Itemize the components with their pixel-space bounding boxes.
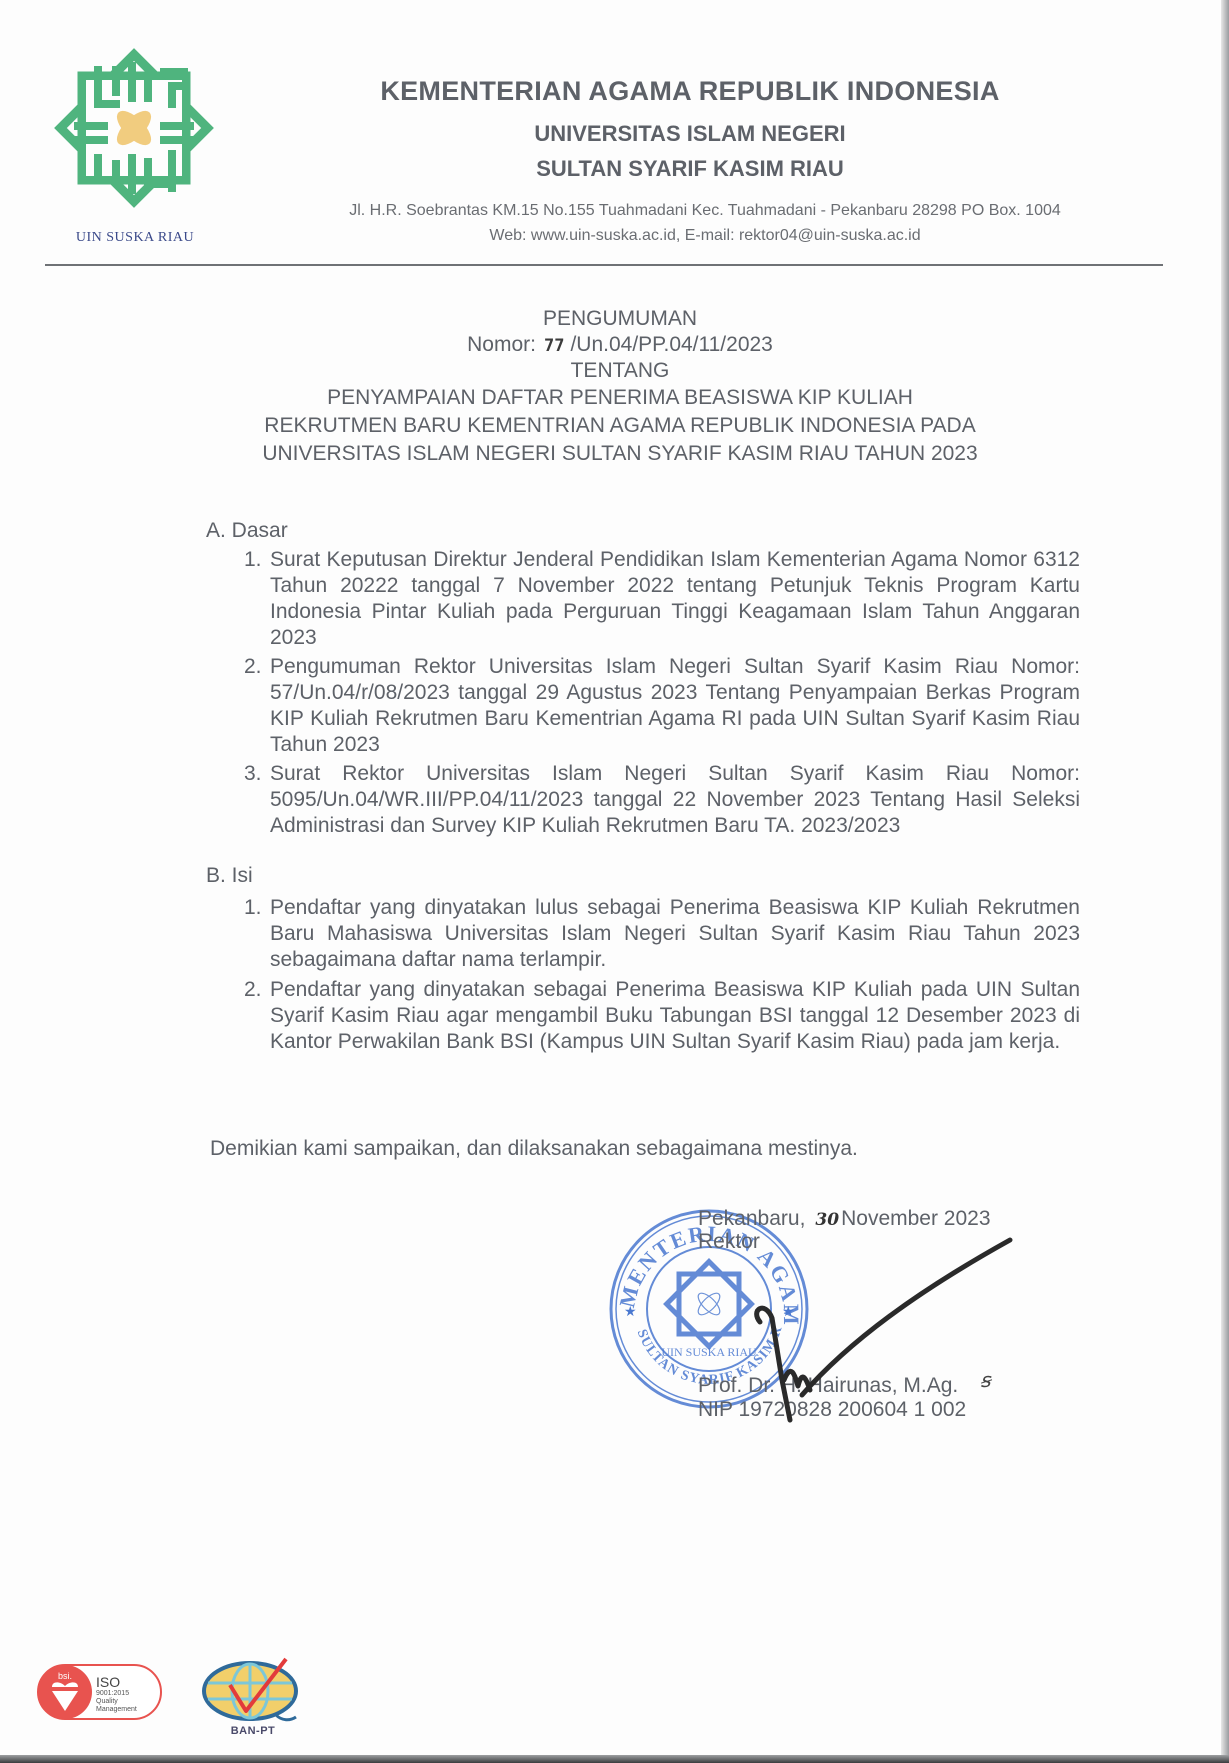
document-number: Nomor:77/Un.04/PP.04/11/2023 (180, 333, 1060, 357)
handwritten-number: 77 (544, 336, 564, 356)
uin-suska-logo-icon (44, 38, 224, 218)
document-page: UIN SUSKA RIAU KEMENTERIAN AGAMA REPUBLI… (0, 0, 1229, 1763)
university-title: UNIVERSITAS ISLAM NEGERI (260, 121, 1120, 147)
ban-pt-logo-icon (200, 1655, 306, 1735)
contact-line: Web: www.uin-suska.ac.id, E-mail: rektor… (260, 227, 1150, 245)
subject-line: REKRUTMEN BARU KEMENTRIAN AGAMA REPUBLIK… (180, 414, 1060, 438)
document-type: PENGUMUMAN (180, 307, 1060, 331)
list-item: 1. Surat Keputusan Direktur Jenderal Pen… (244, 547, 1080, 651)
letterhead-divider (45, 264, 1163, 266)
ministry-title: KEMENTERIAN AGAMA REPUBLIK INDONESIA (260, 76, 1120, 107)
section-a-label: A. Dasar (206, 519, 288, 543)
handwritten-signature-icon (740, 1230, 1020, 1430)
item-number: 1. (244, 895, 262, 921)
list-item: 2. Pendaftar yang dinyatakan sebagai Pen… (244, 977, 1080, 1055)
subject-line: PENYAMPAIAN DAFTAR PENERIMA BEASISWA KIP… (180, 386, 1060, 410)
iso-line: Quality (96, 1698, 137, 1706)
item-number: 1. (244, 547, 262, 573)
svg-text:bsi.: bsi. (58, 1671, 72, 1681)
about-label: TENTANG (180, 359, 1060, 383)
subject-line: UNIVERSITAS ISLAM NEGERI SULTAN SYARIF K… (180, 442, 1060, 466)
item-text: Pendaftar yang dinyatakan sebagai Peneri… (270, 977, 1080, 1055)
section-b-label: B. Isi (206, 864, 253, 888)
iso-title: ISO (96, 1675, 137, 1690)
logo-caption: UIN SUSKA RIAU (40, 230, 230, 246)
item-number: 2. (244, 654, 262, 680)
handwritten-day: 30 (815, 1210, 839, 1230)
item-text: Surat Keputusan Direktur Jenderal Pendid… (270, 547, 1080, 651)
list-item: 2. Pengumuman Rektor Universitas Islam N… (244, 654, 1080, 758)
closing-statement: Demikian kami sampaikan, dan dilaksanaka… (210, 1137, 858, 1161)
ban-pt-label: BAN-PT (200, 1725, 306, 1737)
svg-text:★: ★ (624, 1303, 637, 1319)
month-year: November 2023 (841, 1207, 990, 1230)
address-line: Jl. H.R. Soebrantas KM.15 No.155 Tuahmad… (260, 202, 1150, 220)
item-text: Pengumuman Rektor Universitas Islam Nege… (270, 654, 1080, 758)
university-name: SULTAN SYARIF KASIM RIAU (260, 156, 1120, 182)
item-text: Pendaftar yang dinyatakan lulus sebagai … (270, 895, 1080, 973)
item-text: Surat Rektor Universitas Islam Negeri Su… (270, 761, 1080, 839)
iso-line: Management (96, 1706, 137, 1714)
scan-edge-right (1221, 0, 1229, 1763)
item-number: 2. (244, 977, 262, 1003)
number-suffix: /Un.04/PP.04/11/2023 (570, 333, 772, 356)
signature-place-date: Pekanbaru,30November 2023 (698, 1207, 991, 1231)
iso-certification-text: ISO 9001:2015 Quality Management (96, 1675, 137, 1714)
item-number: 3. (244, 761, 262, 787)
list-item: 1. Pendaftar yang dinyatakan lulus sebag… (244, 895, 1080, 973)
scan-edge-bottom (0, 1755, 1229, 1763)
iso-standard: 9001:2015 (96, 1690, 137, 1698)
number-label: Nomor: (467, 333, 536, 356)
list-item: 3. Surat Rektor Universitas Islam Negeri… (244, 761, 1080, 839)
place: Pekanbaru, (698, 1207, 805, 1230)
